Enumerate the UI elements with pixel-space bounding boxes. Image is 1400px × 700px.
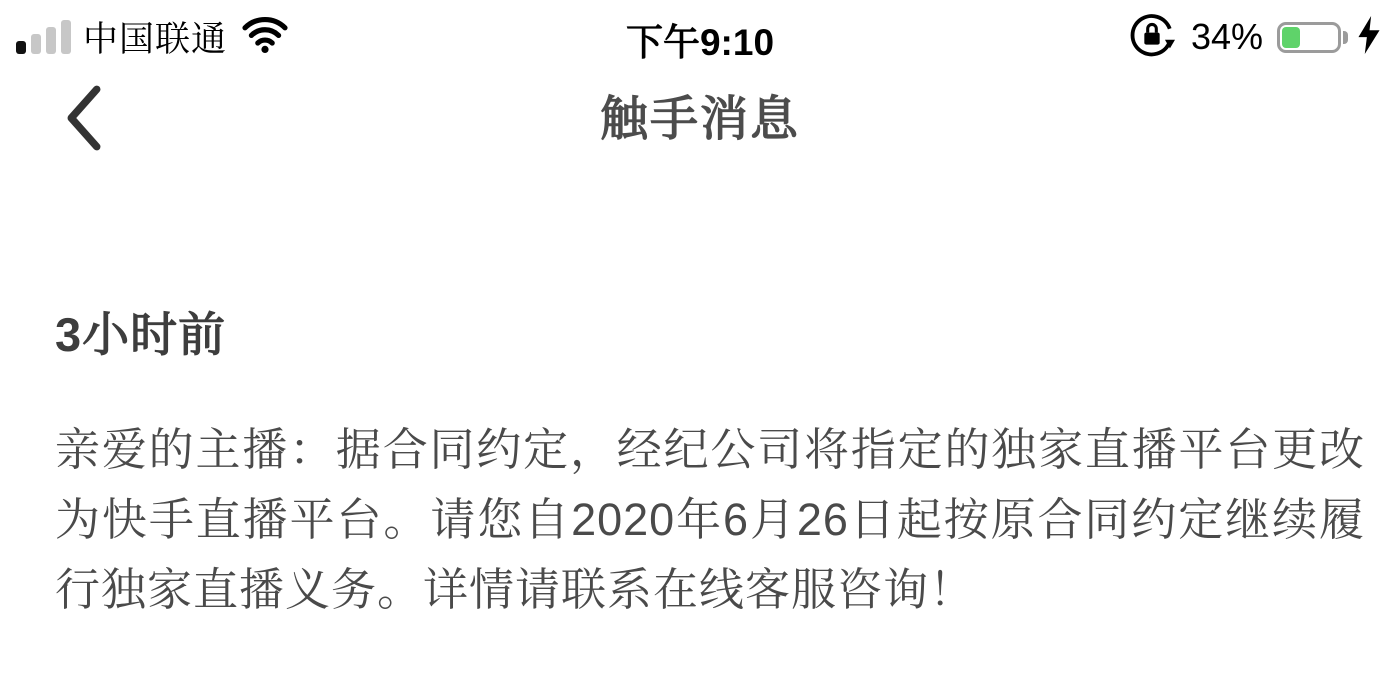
status-bar: 中国联通 下午9:10 34% — [0, 0, 1400, 62]
back-button[interactable] — [64, 84, 112, 156]
status-bar-right: 34% — [1129, 12, 1380, 63]
nav-bar: 触手消息 — [0, 70, 1400, 170]
orientation-lock-icon — [1129, 12, 1175, 63]
carrier-label: 中国联通 — [83, 12, 227, 62]
wifi-icon — [241, 16, 289, 59]
message-body: 亲爱的主播：据合同约定，经纪公司将指定的独家直播平台更改为快手直播平台。请您自2… — [55, 415, 1365, 625]
battery-percent-label: 34% — [1191, 16, 1263, 58]
chevron-left-icon — [64, 84, 104, 157]
message-timestamp: 3小时前 — [55, 298, 1345, 365]
clock-label: 下午9:10 — [626, 12, 774, 66]
signal-strength-icon — [16, 20, 71, 54]
message-list: 3小时前 亲爱的主播：据合同约定，经纪公司将指定的独家直播平台更改为快手直播平台… — [0, 298, 1400, 625]
page-title: 触手消息 — [0, 70, 1400, 170]
charging-bolt-icon — [1358, 16, 1380, 59]
battery-icon — [1277, 22, 1341, 53]
battery-fill — [1282, 27, 1300, 48]
battery-cap — [1343, 31, 1348, 44]
status-bar-left: 中国联通 — [16, 12, 289, 62]
